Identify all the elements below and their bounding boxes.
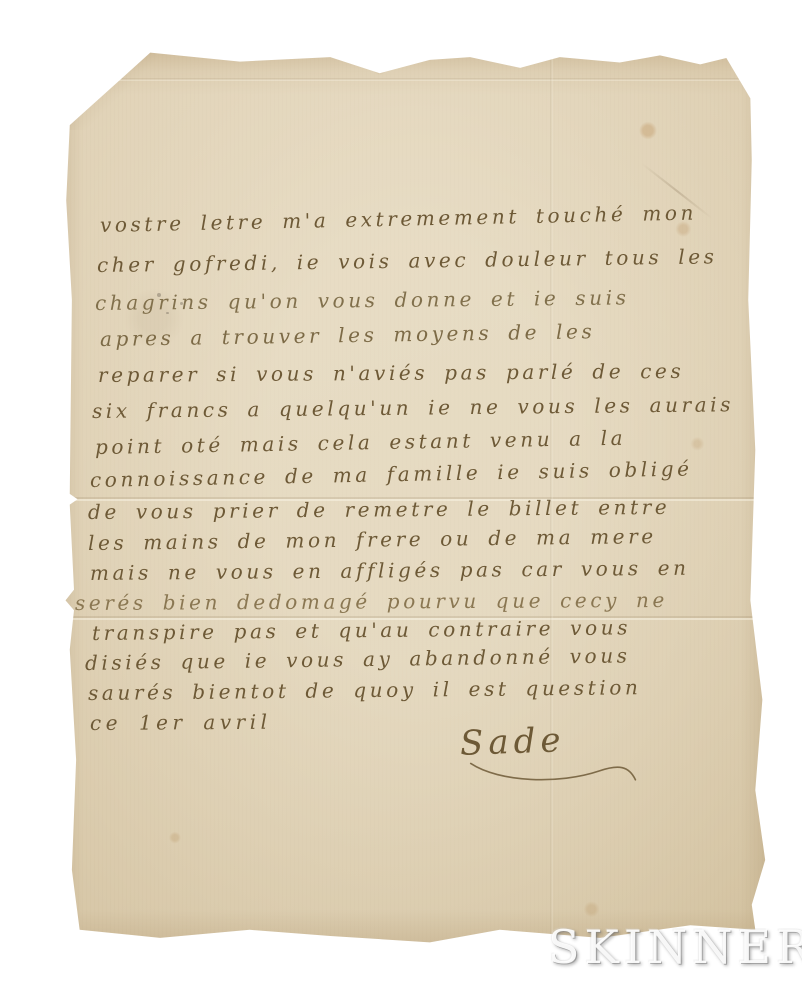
photo-of-letter: vostre letre m'a extremement touché mon … xyxy=(0,0,802,1000)
letter-line: reparer si vous n'aviés pas parlé de ces xyxy=(98,359,684,387)
letter-line: apres a trouver les moyens de les xyxy=(100,319,596,351)
letter-dateline: ce 1er avril xyxy=(90,710,272,735)
letter-line: transpire pas et qu'au contraire vous xyxy=(92,615,631,645)
signature-flourish xyxy=(469,752,640,794)
handwritten-text-block: vostre letre m'a extremement touché mon … xyxy=(62,50,768,945)
letter-line: connoissance de ma famille ie suis oblig… xyxy=(90,456,693,492)
letter-line: mais ne vous en affligés pas car vous en xyxy=(90,556,690,585)
letter-line: point oté mais cela estant venu a la xyxy=(95,426,627,459)
letter-line: disiés que ie vous ay abandonné vous xyxy=(85,643,631,675)
manuscript-paper-sheet: vostre letre m'a extremement touché mon … xyxy=(62,50,768,945)
letter-line: cher gofredi, ie vois avec douleur tous … xyxy=(97,244,718,277)
letter-line: six francs a quelqu'un ie ne vous les au… xyxy=(92,392,734,423)
letter-line: chagrins qu'on vous donne et ie suis xyxy=(95,285,630,315)
letter-line: de vous prier de remetre le billet entre xyxy=(88,495,670,524)
signature-sade: Sade xyxy=(459,720,566,764)
letter-line: serés bien dedomagé pourvu que cecy ne xyxy=(75,588,668,615)
letter-line: les mains de mon frere ou de ma mere xyxy=(88,524,657,555)
letter-line: vostre letre m'a extremement touché mon xyxy=(100,200,697,236)
skinner-auction-watermark: SKINNER xyxy=(548,924,802,970)
letter-line: saurés bientot de quoy il est question xyxy=(88,675,642,705)
